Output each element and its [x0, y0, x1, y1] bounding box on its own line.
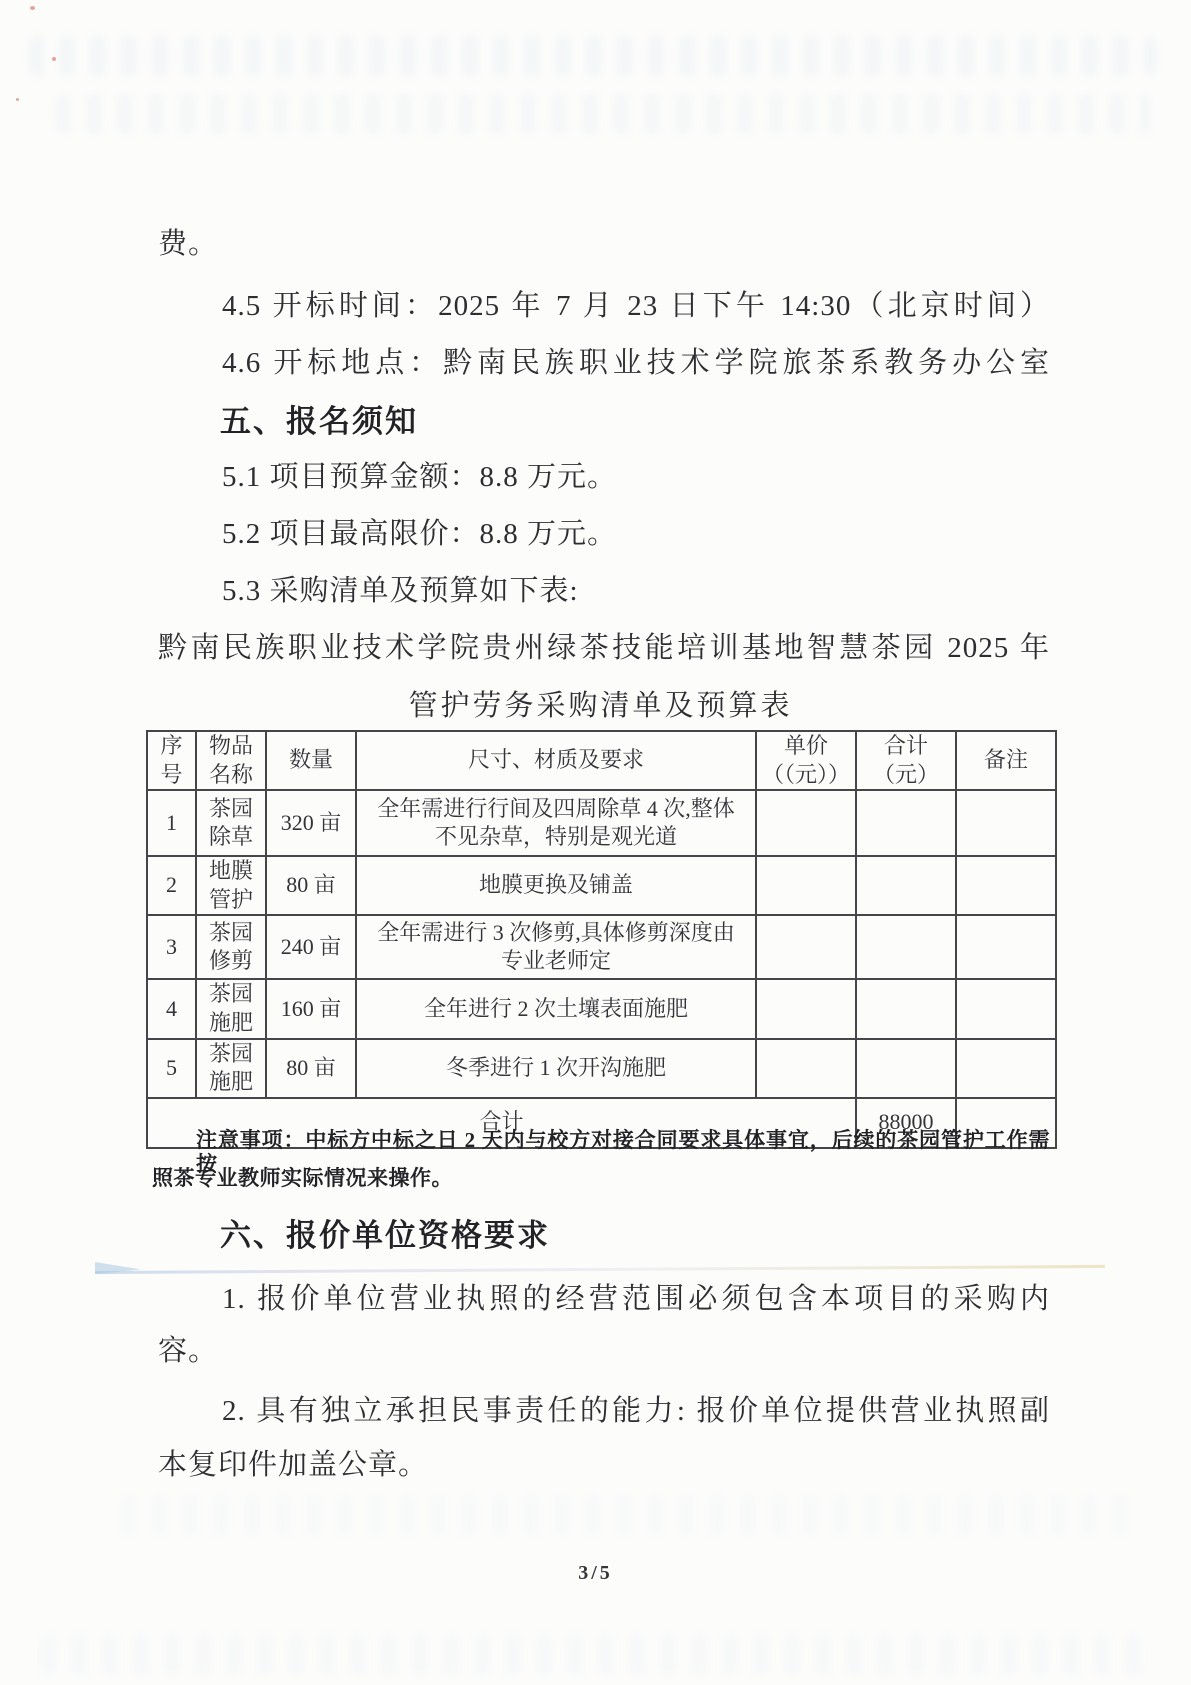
cell-unit-price: [756, 1039, 856, 1098]
document-page: 费。 4.5 开标时间：2025 年 7 月 23 日下午 14:30（北京时间…: [0, 0, 1191, 1685]
table-row: 1 茶园 除草 320 亩 全年需进行行间及四周除草 4 次,整体 不见杂草，特…: [147, 790, 1056, 856]
cell-quantity: 160 亩: [266, 979, 356, 1038]
bleed-through-artifact: [28, 36, 1157, 76]
cell-item-name: 茶园 除草: [196, 790, 266, 856]
header-unit-price: 单价 （（元））: [756, 731, 856, 790]
line-5-3-list-intro: 5.3 采购清单及预算如下表:: [222, 575, 579, 608]
cell-quantity: 80 亩: [266, 1039, 356, 1098]
cell-unit-price: [756, 915, 856, 979]
cell-item-name: 茶园 施肥: [196, 979, 266, 1038]
cell-total: [856, 1039, 956, 1098]
cell-item-name: 茶园 施肥: [196, 1039, 266, 1098]
requirement-2-line2: 本复印件加盖公章。: [158, 1449, 428, 1482]
cell-total: [856, 856, 956, 915]
cell-spec: 全年进行 2 次土壤表面施肥: [356, 979, 756, 1038]
cell-total: [856, 790, 956, 856]
table-row: 2 地膜 管护 80 亩 地膜更换及铺盖: [147, 856, 1056, 915]
cell-unit-price: [756, 856, 856, 915]
header-quantity: 数量: [266, 731, 356, 790]
header-item-name: 物品 名称: [196, 731, 266, 790]
cell-no: 4: [147, 979, 196, 1038]
procurement-budget-table: 序 号 物品 名称 数量 尺寸、材质及要求 单价 （（元）） 合计 （元） 备注…: [146, 730, 1057, 1149]
line-5-1-budget-amount: 5.1 项目预算金额：8.8 万元。: [222, 461, 617, 494]
cell-quantity: 320 亩: [266, 790, 356, 856]
cell-total: [856, 979, 956, 1038]
bleed-through-artifact: [55, 94, 1151, 134]
cell-item-name: 地膜 管护: [196, 856, 266, 915]
cell-spec: 全年需进行 3 次修剪,具体修剪深度由 专业老师定: [356, 915, 756, 979]
table-title-line1: 黔南民族职业技术学院贵州绿茶技能培训基地智慧茶园 2025 年: [158, 632, 1050, 665]
cell-no: 3: [147, 915, 196, 979]
cell-unit-price: [756, 790, 856, 856]
section-6-heading: 六、报价单位资格要求: [220, 1218, 550, 1254]
page-number: 3/5: [0, 1562, 1191, 1585]
requirement-1-line1: 1. 报价单位营业执照的经营范围必须包含本项目的采购内: [222, 1283, 1050, 1316]
cell-total: [856, 915, 956, 979]
cell-remark: [956, 915, 1056, 979]
cell-no: 5: [147, 1039, 196, 1098]
ink-speck: [16, 98, 19, 101]
table-row: 3 茶园 修剪 240 亩 全年需进行 3 次修剪,具体修剪深度由 专业老师定: [147, 915, 1056, 979]
cell-spec: 全年需进行行间及四周除草 4 次,整体 不见杂草，特别是观光道: [356, 790, 756, 856]
line-4-6-bid-opening-place: 4.6 开标地点：黔南民族职业技术学院旅茶系教务办公室: [222, 347, 1050, 380]
cell-remark: [956, 979, 1056, 1038]
requirement-2-line1: 2. 具有独立承担民事责任的能力: 报价单位提供营业执照副: [222, 1395, 1050, 1428]
header-total: 合计 （元）: [856, 731, 956, 790]
table-header-row: 序 号 物品 名称 数量 尺寸、材质及要求 单价 （（元）） 合计 （元） 备注: [147, 731, 1056, 790]
cell-no: 2: [147, 856, 196, 915]
requirement-1-line2: 容。: [158, 1335, 218, 1368]
scan-fold-wedge-artifact: [95, 1262, 141, 1274]
line-5-2-max-price: 5.2 项目最高限价：8.8 万元。: [222, 518, 617, 551]
cell-quantity: 240 亩: [266, 915, 356, 979]
cell-no: 1: [147, 790, 196, 856]
scan-fold-artifact: [95, 1265, 1105, 1274]
line-4-5-bid-opening-time: 4.5 开标时间：2025 年 7 月 23 日下午 14:30（北京时间）: [222, 290, 1050, 323]
cell-quantity: 80 亩: [266, 856, 356, 915]
cell-remark: [956, 790, 1056, 856]
bleed-through-artifact: [40, 1635, 1151, 1675]
bleed-through-artifact: [120, 1495, 1131, 1535]
header-spec-requirements: 尺寸、材质及要求: [356, 731, 756, 790]
cell-item-name: 茶园 修剪: [196, 915, 266, 979]
section-5-heading: 五、报名须知: [220, 404, 418, 440]
header-remark: 备注: [956, 731, 1056, 790]
cell-remark: [956, 1039, 1056, 1098]
ink-speck: [52, 57, 56, 61]
table-row: 5 茶园 施肥 80 亩 冬季进行 1 次开沟施肥: [147, 1039, 1056, 1098]
ink-speck: [30, 6, 35, 10]
cell-remark: [956, 856, 1056, 915]
table-row: 4 茶园 施肥 160 亩 全年进行 2 次土壤表面施肥: [147, 979, 1056, 1038]
cell-spec: 地膜更换及铺盖: [356, 856, 756, 915]
cell-spec: 冬季进行 1 次开沟施肥: [356, 1039, 756, 1098]
notes-line2: 照茶专业教师实际情况来操作。: [152, 1166, 453, 1190]
header-serial-no: 序 号: [147, 731, 196, 790]
cell-unit-price: [756, 979, 856, 1038]
paragraph-fee-continuation: 费。: [158, 228, 218, 261]
table-title-line2: 管护劳务采购清单及预算表: [146, 690, 1055, 723]
